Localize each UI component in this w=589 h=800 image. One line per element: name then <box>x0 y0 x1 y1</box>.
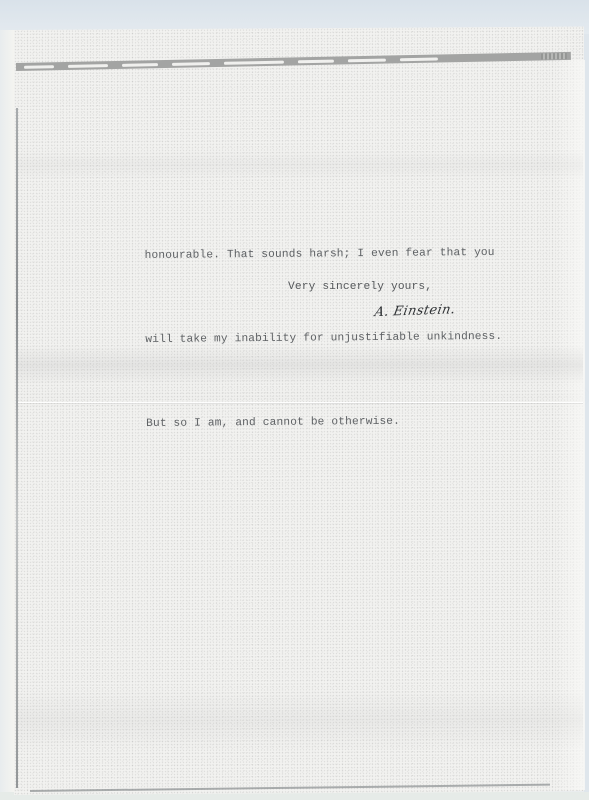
perforation-hole <box>24 65 54 69</box>
letter-closing: Very sincerely yours, <box>288 281 432 293</box>
perforation-hole <box>348 58 386 62</box>
perforation-hole <box>224 60 284 64</box>
scanner-background-left <box>0 30 14 800</box>
page-left-edge <box>16 108 18 788</box>
crease-shadow <box>18 150 583 180</box>
handwritten-signature: A. Einstein. <box>373 302 456 320</box>
crease-shadow <box>18 690 583 750</box>
letter-body: honourable. That sounds harsh; I even fe… <box>144 183 546 466</box>
perforation-hole <box>298 59 334 63</box>
perforation-end-mark <box>541 53 567 60</box>
body-line: will take my inability for unjustifiable… <box>145 323 545 354</box>
perforation-hole <box>172 62 210 66</box>
perforation-hole <box>122 63 158 67</box>
body-line: honourable. That sounds harsh; I even fe… <box>144 239 544 270</box>
perforation-hole <box>68 64 108 68</box>
body-line: But so I am, and cannot be otherwise. <box>146 407 546 438</box>
perforation-hole <box>400 57 438 61</box>
